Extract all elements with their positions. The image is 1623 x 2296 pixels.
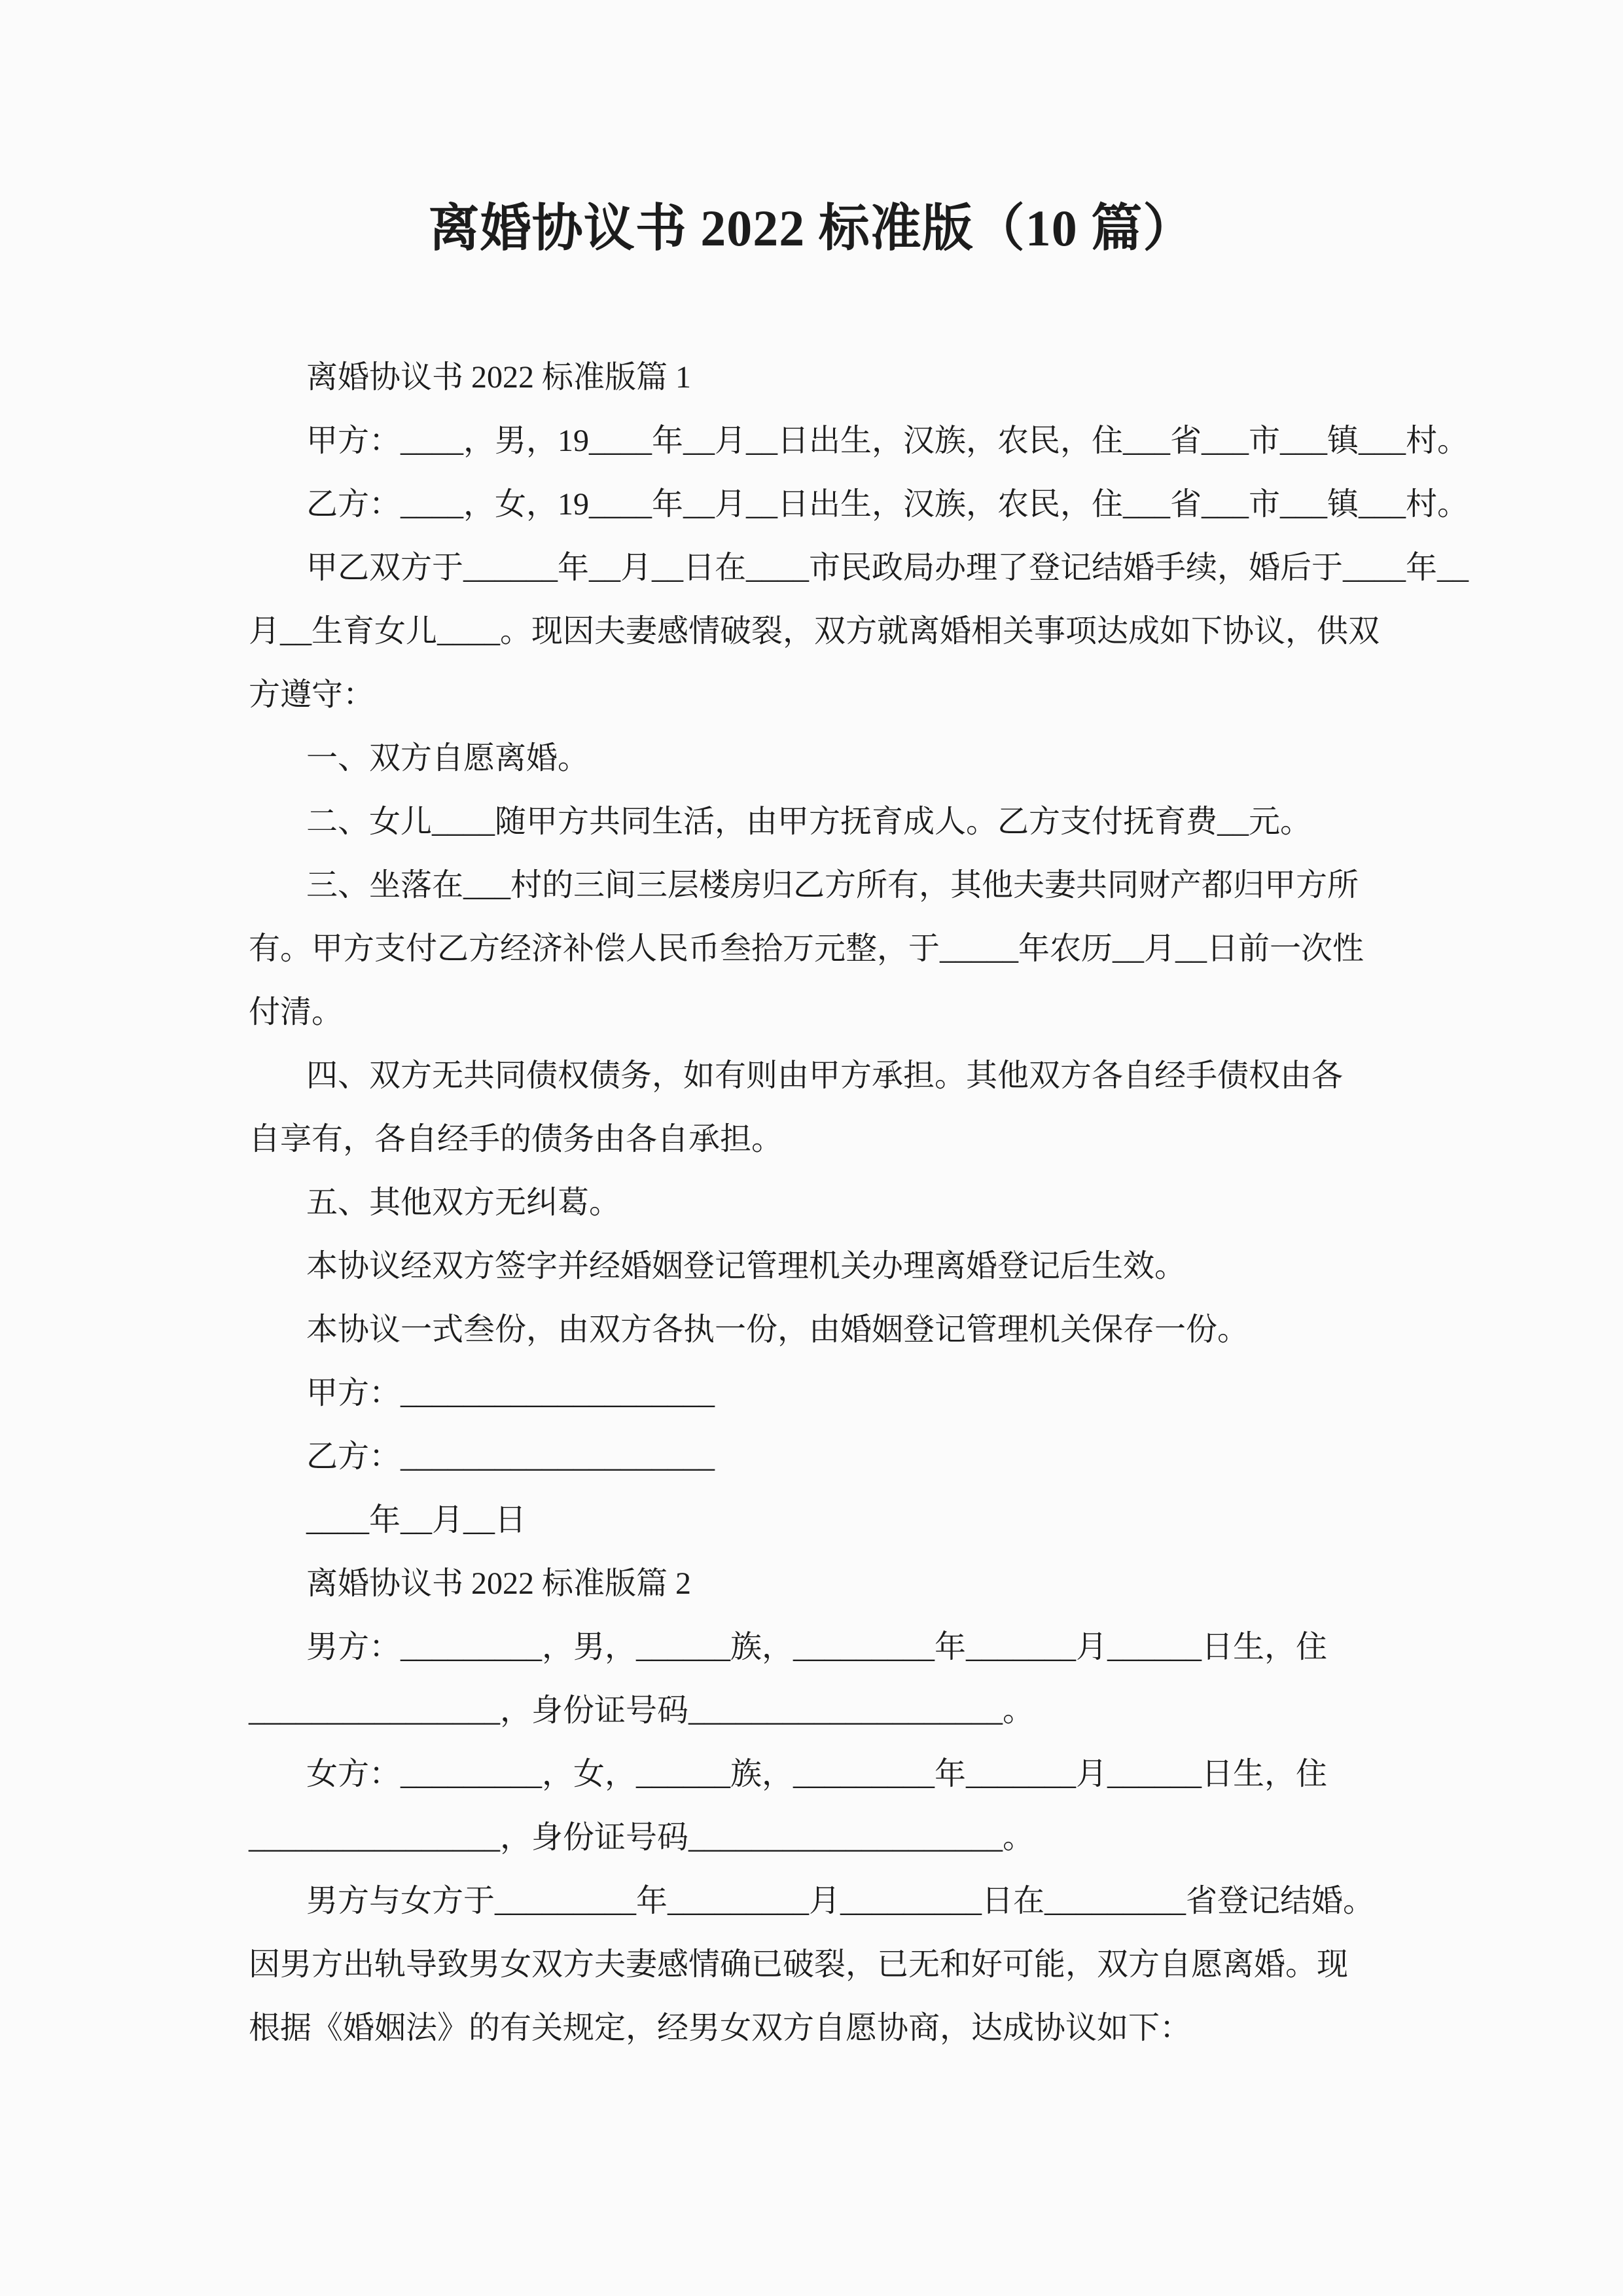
document-line: ________________，身份证号码__________________… xyxy=(249,1806,1387,1869)
document-line: 本协议经双方签字并经婚姻登记管理机关办理离婚登记后生效。 xyxy=(249,1234,1387,1298)
document-title: 离婚协议书 2022 标准版（10 篇） xyxy=(0,0,1623,254)
document-line: 本协议一式叁份，由双方各执一份，由婚姻登记管理机关保存一份。 xyxy=(249,1298,1387,1361)
document-line: 女方：_________，女，______族，_________年_______… xyxy=(249,1742,1387,1806)
document-line: 三、坐落在___村的三间三层楼房归乙方所有，其他夫妻共同财产都归甲方所 xyxy=(249,853,1387,917)
document-line: 有。甲方支付乙方经济补偿人民币叁拾万元整，于_____年农历__月__日前一次性 xyxy=(249,917,1387,980)
document-line: 月__生育女儿____。现因夫妻感情破裂，双方就离婚相关事项达成如下协议，供双 xyxy=(249,600,1387,663)
document-page: 离婚协议书 2022 标准版（10 篇） 离婚协议书 2022 标准版篇 1 甲… xyxy=(0,0,1623,2296)
document-line: 一、双方自愿离婚。 xyxy=(249,726,1387,790)
document-line: 方遵守： xyxy=(249,663,1387,726)
document-line: 因男方出轨导致男女双方夫妻感情确已破裂，已无和好可能，双方自愿离婚。现 xyxy=(249,1933,1387,1996)
document-line: 付清。 xyxy=(249,980,1387,1044)
document-line: 甲乙双方于______年__月__日在____市民政局办理了登记结婚手续，婚后于… xyxy=(249,536,1387,600)
document-line: 男方与女方于_________年_________月_________日在___… xyxy=(249,1869,1387,1933)
signature-line-party-a: 甲方：____________________ xyxy=(249,1361,1387,1425)
document-line: 甲方：____，男，19____年__月__日出生，汉族，农民，住___省___… xyxy=(249,409,1387,473)
document-line: 二、女儿____随甲方共同生活，由甲方抚育成人。乙方支付抚育费__元。 xyxy=(249,790,1387,853)
section-heading: 离婚协议书 2022 标准版篇 1 xyxy=(249,346,1387,409)
section-heading: 离婚协议书 2022 标准版篇 2 xyxy=(249,1552,1387,1615)
document-line: 乙方：____，女，19____年__月__日出生，汉族，农民，住___省___… xyxy=(249,473,1387,536)
document-line: 根据《婚姻法》的有关规定，经男女双方自愿协商，达成协议如下： xyxy=(249,1996,1387,2060)
document-line: 男方：_________，男，______族，_________年_______… xyxy=(249,1615,1387,1679)
document-line: 五、其他双方无纠葛。 xyxy=(249,1171,1387,1234)
document-body: 离婚协议书 2022 标准版篇 1 甲方：____，男，19____年__月__… xyxy=(249,346,1387,2060)
signature-line-party-b: 乙方：____________________ xyxy=(249,1425,1387,1488)
date-line: ____年__月__日 xyxy=(249,1488,1387,1552)
document-line: 四、双方无共同债权债务，如有则由甲方承担。其他双方各自经手债权由各 xyxy=(249,1044,1387,1107)
document-line: ________________，身份证号码__________________… xyxy=(249,1679,1387,1742)
document-line: 自享有，各自经手的债务由各自承担。 xyxy=(249,1107,1387,1171)
